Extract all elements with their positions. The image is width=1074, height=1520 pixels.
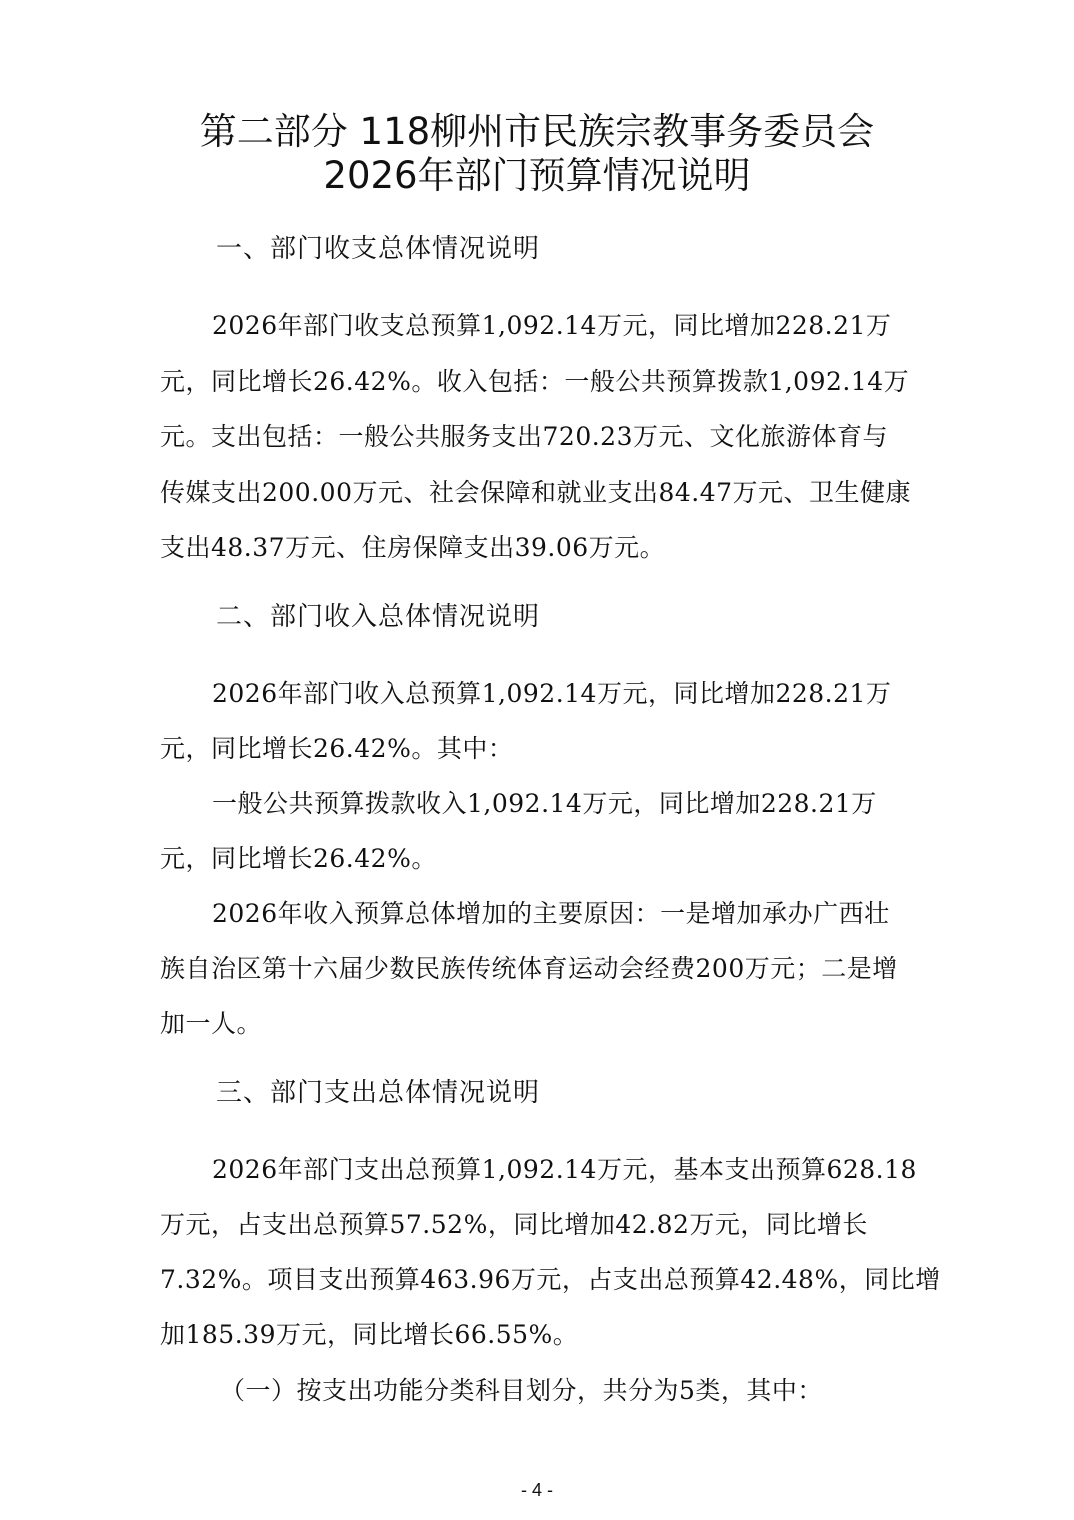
- section-heading-revenue-overview: 二、部门收入总体情况说明: [216, 600, 540, 634]
- paragraph-line: 加185.39万元，同比增长66.55%。: [160, 1318, 930, 1352]
- paragraph-line: 传媒支出200.00万元、社会保障和就业支出84.47万元、卫生健康: [160, 476, 930, 510]
- paragraph-line: 支出48.37万元、住房保障支出39.06万元。: [160, 531, 930, 565]
- paragraph-line: 族自治区第十六届少数民族传统体育运动会经费200万元；二是增: [160, 952, 930, 986]
- subsection-intro-line: （一）按支出功能分类科目划分，共分为5类，其中：: [220, 1374, 990, 1408]
- paragraph-line: 万元，占支出总预算57.52%，同比增加42.82万元，同比增长: [160, 1208, 930, 1242]
- document-title-line-1: 第二部分 118柳州市民族宗教事务委员会: [0, 108, 1074, 156]
- page-number: - 4 -: [0, 1478, 1074, 1502]
- paragraph-line: 元，同比增长26.42%。收入包括：一般公共预算拨款1,092.14万: [160, 365, 930, 399]
- section-heading-expenditure-overview: 三、部门支出总体情况说明: [216, 1076, 540, 1110]
- paragraph-line: 元，同比增长26.42%。其中：: [160, 732, 930, 766]
- paragraph-line: 一般公共预算拨款收入1,092.14万元，同比增加228.21万: [212, 787, 982, 821]
- document-title-line-2: 2026年部门预算情况说明: [0, 152, 1074, 200]
- paragraph-line: 7.32%。项目支出预算463.96万元，占支出总预算42.48%，同比增: [160, 1263, 930, 1297]
- paragraph-line: 元。支出包括：一般公共服务支出720.23万元、文化旅游体育与: [160, 420, 930, 454]
- section-heading-revenue-expenditure-overview: 一、部门收支总体情况说明: [216, 232, 540, 266]
- paragraph-line: 2026年部门收入总预算1,092.14万元，同比增加228.21万: [212, 677, 982, 711]
- document-page: 第二部分 118柳州市民族宗教事务委员会 2026年部门预算情况说明 一、部门收…: [0, 0, 1074, 1520]
- paragraph-line: 加一人。: [160, 1007, 930, 1041]
- paragraph-line: 2026年收入预算总体增加的主要原因：一是增加承办广西壮: [212, 897, 982, 931]
- paragraph-line: 2026年部门支出总预算1,092.14万元，基本支出预算628.18: [212, 1153, 982, 1187]
- paragraph-line: 2026年部门收支总预算1,092.14万元，同比增加228.21万: [212, 309, 982, 343]
- paragraph-line: 元，同比增长26.42%。: [160, 842, 930, 876]
